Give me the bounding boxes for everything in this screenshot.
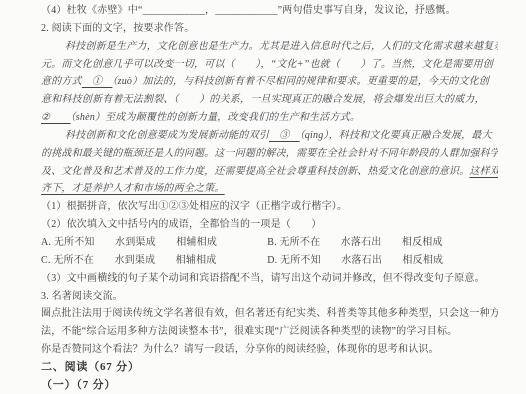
text-line-18: 圈点批注法用于阅读传统文学名著很有效，但名著还有纪实类、科普类等其他多种类型，只…: [41, 305, 498, 323]
text-segment: 二、阅读（67 分）: [41, 361, 140, 373]
text-segment: 你是否赞同这个看法？为什么？请写一段话，分享你的阅读经验，体现你的思考和认识。: [41, 344, 439, 355]
text-line-21: 二、阅读（67 分）: [41, 359, 498, 377]
underlined-blank: ②: [41, 112, 71, 123]
text-segment: 的挑战和最关键的瓶颈还是人的问题。这一问题的解决，需要在全社会针对不同年龄段的人…: [41, 148, 498, 159]
text-line-22: （一）（7 分）: [41, 377, 498, 394]
text-line-17: 3. 名著阅读交流。: [41, 288, 498, 306]
text-segment: 圈点批注法用于阅读传统文学名著很有效，但名著还有纪实类、科普类等其他多种类型，只…: [41, 308, 498, 319]
text-line-9: 的挑战和最关键的瓶颈还是人的问题。这一问题的解决，需要在全社会针对不同年龄段的人…: [41, 145, 498, 163]
text-segment: 科技创新是生产力，文化创意也是生产力。尤其是进入信息时代之后，人们的文化需求越来…: [65, 41, 498, 52]
text-segment: 3. 名著阅读交流。: [41, 291, 123, 302]
text-segment: 科技创新和文化创意要成为发展新动能的双引: [65, 130, 269, 141]
text-line-11: 齐下，才是养护人才和市场的两全之策。: [41, 180, 498, 198]
text-line-3: 科技创新是生产力，文化创意也是生产力。尤其是进入信息时代之后，人们的文化需求越来…: [41, 38, 498, 56]
text-line-1: （4）杜牧《赤壁》中“____________，____________”两句借…: [41, 2, 498, 20]
exam-paper-page: （4）杜牧《赤壁》中“____________，____________”两句借…: [0, 0, 526, 394]
text-line-7: ② （shèn）至成为颠覆性的创新力量，改变我们的生产和生活方式。: [41, 109, 498, 127]
text-segment: 意和科技创新有着无法割裂、（ ）的关系，一旦实现真正的融合发展，将会爆发出巨大的…: [41, 94, 485, 105]
text-segment: （2）依次填入文中括号内的成语，全都恰当的一项是（ ）: [41, 219, 322, 230]
text-segment: （3）文中画横线的句子某个动词和宾语搭配不当，请写出这个动词并修改，但不得改变句…: [41, 273, 485, 284]
text-line-14: A. 无所不知 水到渠成 相辅相成B. 无所不在 水落石出 相反相成: [41, 234, 498, 252]
underlined-blank: 这样双管: [469, 166, 498, 177]
text-line-2: 2. 阅读下面的文字，按要求作答。: [41, 20, 498, 38]
text-segment: （zuò）加法的，与科技创新有着不尽相同的规律和要求。更重要的是，今天的文化创: [112, 76, 489, 87]
underlined-blank: 齐下，才是养护人才和市场的两全之策。: [41, 183, 225, 194]
text-line-8: 科技创新和文化创意要成为发展新动能的双引 ③ （qing），科技和文化要真正融合…: [41, 127, 498, 145]
underlined-blank: ③: [269, 130, 300, 141]
text-segment: 2. 阅读下面的文字，按要求作答。: [41, 23, 194, 34]
text-line-19: 法，不能“综合运用多种方法阅读整本书”，很难实现“广泛阅读各种类型的读物”的学习…: [41, 323, 498, 341]
text-line-6: 意和科技创新有着无法割裂、（ ）的关系，一旦实现真正的融合发展，将会爆发出巨大的…: [41, 91, 498, 109]
text-segment: 元。而文化创意几乎可以改变一切，可以（ ），“文化+”也就（ ）了。当然，文化是…: [41, 59, 493, 70]
text-segment: （1）根据拼音，依次写出①②③处相应的汉字（正楷字或行楷字）。: [41, 201, 347, 212]
text-line-16: （3）文中画横线的句子某个动词和宾语搭配不当，请写出这个动词并修改，但不得改变句…: [41, 270, 498, 288]
text-segment: （一）（7 分）: [41, 379, 116, 391]
text-segment: 意的方式: [41, 76, 82, 87]
text-line-5: 意的方式 ① （zuò）加法的，与科技创新有着不尽相同的规律和要求。更重要的是，…: [41, 73, 498, 91]
text-segment: （qing），科技和文化要真正融合发展，最大: [300, 130, 492, 141]
underlined-blank: ①: [82, 76, 113, 87]
text-line-4: 元。而文化创意几乎可以改变一切，可以（ ），“文化+”也就（ ）了。当然，文化是…: [41, 56, 498, 74]
text-line-15: C. 无所不在 水到渠成 相辅相成D. 无所不知 水落石出 相反相成: [41, 252, 498, 270]
option-column: B. 无所不在 水落石出 相反相成: [267, 234, 493, 252]
text-line-12: （1）根据拼音，依次写出①②③处相应的汉字（正楷字或行楷字）。: [41, 198, 498, 216]
text-line-13: （2）依次填入文中括号内的成语，全都恰当的一项是（ ）: [41, 216, 498, 234]
text-segment: 法，不能“综合运用多种方法阅读整本书”，很难实现“广泛阅读各种类型的读物”的学习…: [41, 326, 457, 337]
text-segment: 及、文化普及和艺术普及的工作力度，还需要提高全社会尊重科技创新、热爱文化创意的意…: [41, 166, 469, 177]
text-segment: （4）杜牧《赤壁》中“____________，____________”两句借…: [41, 5, 456, 16]
option-column: A. 无所不知 水到渠成 相辅相成: [41, 234, 267, 252]
text-line-20: 你是否赞同这个看法？为什么？请写一段话，分享你的阅读经验，体现你的思考和认识。: [41, 341, 498, 359]
option-column: D. 无所不知 水落石出 相反相成: [267, 252, 493, 270]
text-segment: （shèn）至成为颠覆性的创新力量，改变我们的生产和生活方式。: [71, 112, 361, 123]
option-column: C. 无所不在 水到渠成 相辅相成: [41, 252, 267, 270]
text-line-10: 及、文化普及和艺术普及的工作力度，还需要提高全社会尊重科技创新、热爱文化创意的意…: [41, 163, 498, 181]
